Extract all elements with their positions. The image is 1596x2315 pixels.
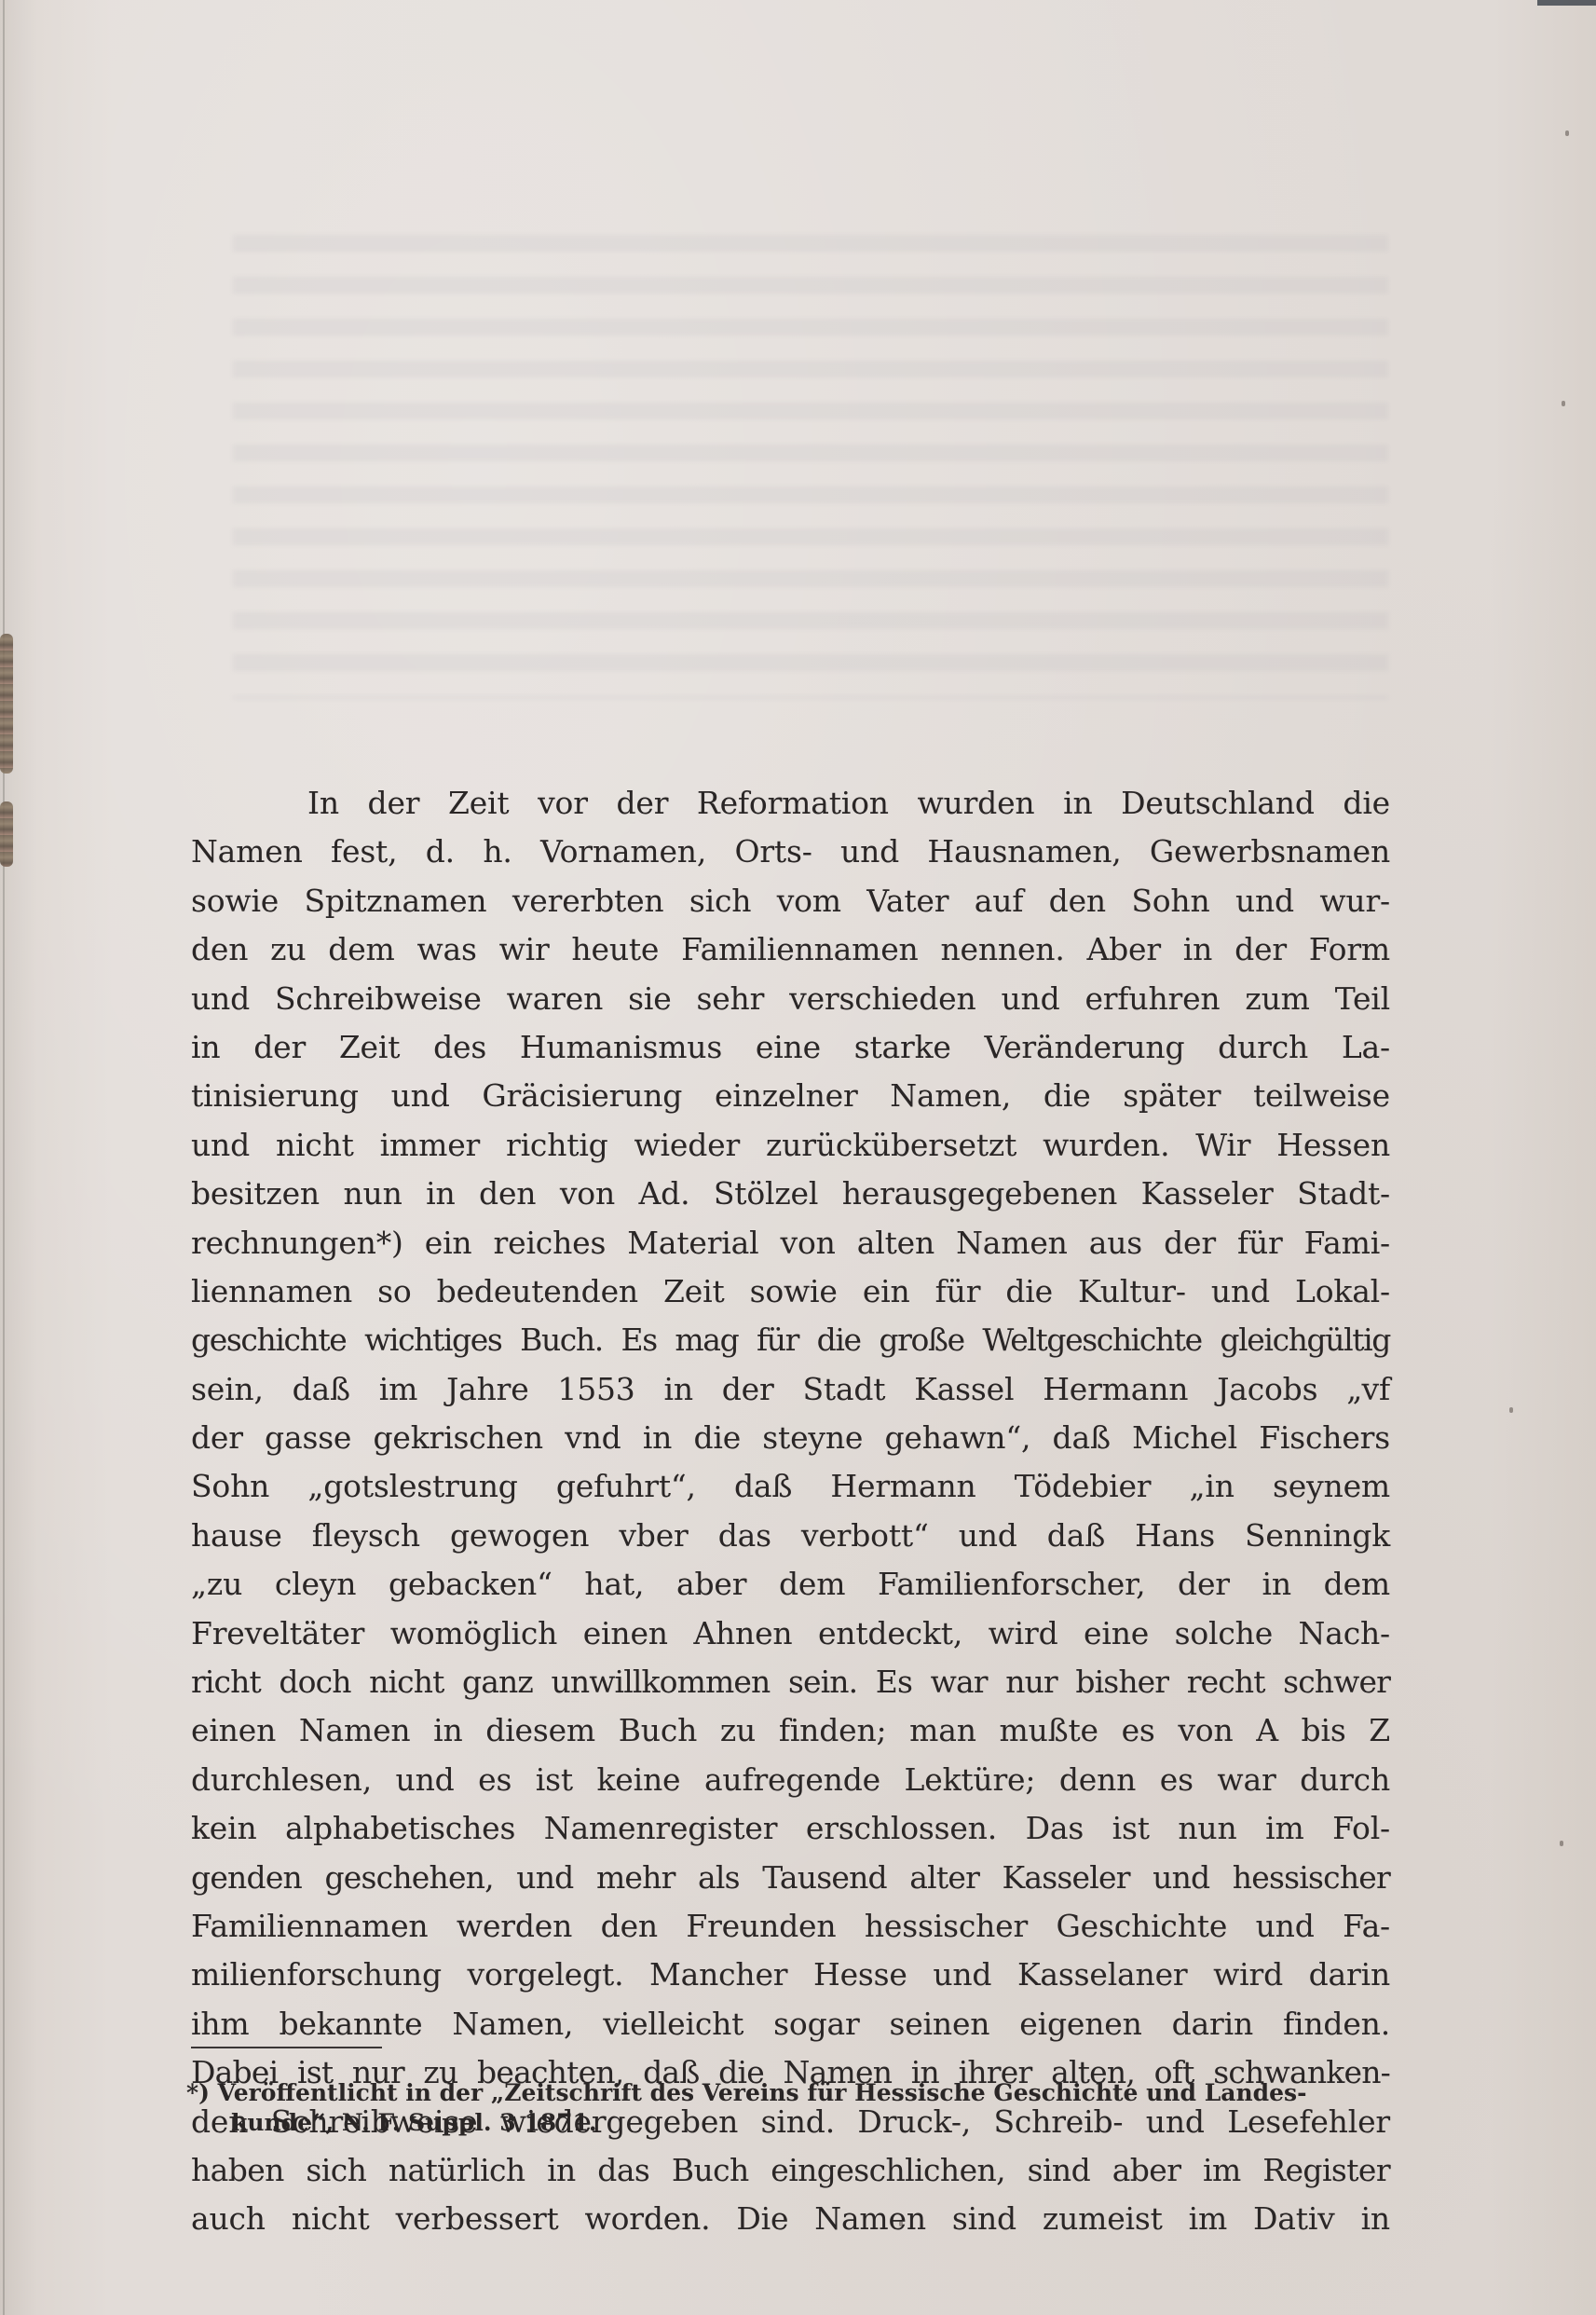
text-line: richt doch nicht ganz unwillkommen sein.… [191, 1658, 1390, 1706]
body-paragraph: In der Zeit vor der Reformation wurden i… [191, 779, 1390, 2244]
text-line: tinisierung und Gräcisierung einzelner N… [191, 1072, 1390, 1120]
text-line: und nicht immer richtig wieder zurückübe… [191, 1121, 1390, 1170]
footnote-line: *) Veröffentlicht in der „Zeitschrift de… [186, 2078, 1398, 2108]
text-line: der gasse gekrischen vnd in die steyne g… [191, 1414, 1390, 1462]
text-line: in der Zeit des Humanismus eine starke V… [191, 1023, 1390, 1072]
paper-speck [1560, 1841, 1563, 1846]
text-line: geschichte wichtiges Buch. Es mag für di… [191, 1316, 1390, 1364]
scanned-page: In der Zeit vor der Reformation wurden i… [0, 0, 1596, 2315]
text-line: Namen fest, d. h. Vornamen, Orts- und Ha… [191, 828, 1390, 876]
text-line: sowie Spitznamen vererbten sich vom Vate… [191, 877, 1390, 925]
footnote: *) Veröffentlicht in der „Zeitschrift de… [186, 2078, 1398, 2138]
show-through-bleed [233, 214, 1388, 699]
text-line: auch nicht verbessert worden. Die Namen … [191, 2195, 1390, 2243]
text-line: Familiennamen werden den Freunden hessis… [191, 1902, 1390, 1951]
binding-thread [0, 801, 13, 867]
text-line: Freveltäter womöglich einen Ahnen entdec… [191, 1610, 1390, 1658]
text-line: einen Namen in diesem Buch zu finden; ma… [191, 1706, 1390, 1755]
text-line: liennamen so bedeutenden Zeit sowie ein … [191, 1267, 1390, 1316]
text-line: durchlesen, und es ist keine aufregende … [191, 1756, 1390, 1804]
page-top-edge-shadow [1537, 0, 1596, 6]
text-line: milienforschung vorgelegt. Mancher Hesse… [191, 1951, 1390, 1999]
text-line: hause fleysch gewogen vber das verbott“ … [191, 1512, 1390, 1560]
footnote-line: kunde“, N. F. Suppl. 3 1871. [186, 2108, 1398, 2138]
text-line: rechnungen*) ein reiches Material von al… [191, 1219, 1390, 1267]
text-line: „zu cleyn gebacken“ hat, aber dem Famili… [191, 1560, 1390, 1609]
paper-speck [1565, 130, 1569, 136]
text-line: Sohn „gotslestrung gefuhrt“, daß Hermann… [191, 1462, 1390, 1511]
text-line: sein, daß im Jahre 1553 in der Stadt Kas… [191, 1365, 1390, 1414]
text-line: ihm bekannte Namen, vielleicht sogar sei… [191, 2000, 1390, 2048]
binding-gutter-line [3, 0, 5, 2315]
text-line: den zu dem was wir heute Familiennamen n… [191, 925, 1390, 974]
text-line: und Schreibweise waren sie sehr verschie… [191, 975, 1390, 1023]
text-line: besitzen nun in den von Ad. Stölzel hera… [191, 1170, 1390, 1218]
text-line: haben sich natürlich in das Buch eingesc… [191, 2146, 1390, 2195]
paper-speck [1509, 1407, 1513, 1413]
binding-thread [0, 634, 13, 774]
paper-speck [1562, 401, 1565, 406]
text-line: genden geschehen, und mehr als Tausend a… [191, 1854, 1390, 1902]
text-line: In der Zeit vor der Reformation wurden i… [191, 779, 1390, 828]
footnote-separator [191, 2047, 382, 2048]
text-line: kein alphabetisches Namenregister erschl… [191, 1804, 1390, 1853]
